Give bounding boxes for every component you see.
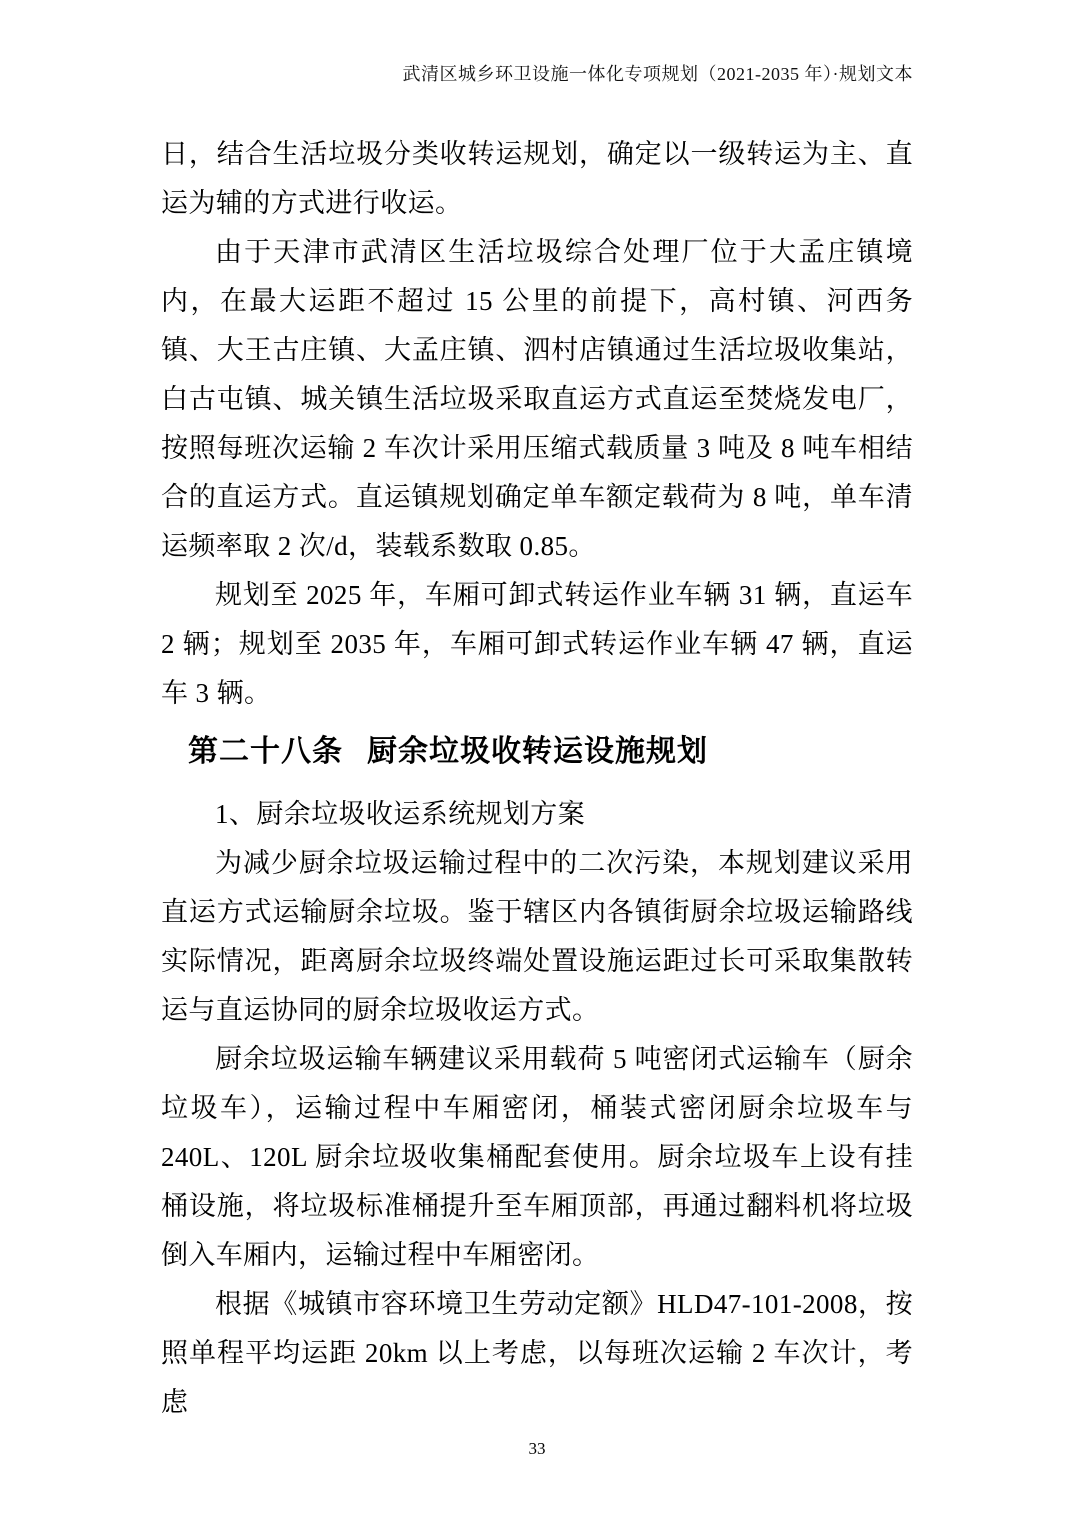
paragraph-waste-plant-direct-haul: 由于天津市武清区生活垃圾综合处理厂位于大孟庄镇境内，在最大运距不超过 15 公里… <box>161 228 913 571</box>
paragraph-direct-transfer-conclusion: 日，结合生活垃圾分类收转运规划，确定以一级转运为主、直运为辅的方式进行收运。 <box>161 130 913 228</box>
document-page: 武清区城乡环卫设施一体化专项规划（2021-2035 年）·规划文本 日，结合生… <box>0 0 1074 1520</box>
section-heading-title: 厨余垃圾收转运设施规划 <box>367 735 708 768</box>
paragraph-kitchen-waste-direct-haul: 为减少厨余垃圾运输过程中的二次污染，本规划建议采用直运方式运输厨余垃圾。鉴于辖区… <box>161 839 913 1035</box>
paragraph-kitchen-waste-vehicles: 厨余垃圾运输车辆建议采用载荷 5 吨密闭式运输车（厨余垃圾车），运输过程中车厢密… <box>161 1035 913 1280</box>
paragraph-kitchen-waste-subheading: 1、厨余垃圾收运系统规划方案 <box>161 790 913 839</box>
running-header: 武清区城乡环卫设施一体化专项规划（2021-2035 年）·规划文本 <box>161 62 913 86</box>
paragraph-labor-quota-standard: 根据《城镇市容环境卫生劳动定额》HLD47-101-2008，按照单程平均运距 … <box>161 1280 913 1427</box>
section-heading: 第二十八条厨余垃圾收转运设施规划 <box>161 726 913 778</box>
paragraph-vehicle-counts: 规划至 2025 年，车厢可卸式转运作业车辆 31 辆，直运车 2 辆；规划至 … <box>161 571 913 718</box>
page-number: 33 <box>161 1438 913 1460</box>
section-heading-label: 第二十八条 <box>188 735 343 768</box>
document-body: 日，结合生活垃圾分类收转运规划，确定以一级转运为主、直运为辅的方式进行收运。 由… <box>161 130 913 1427</box>
